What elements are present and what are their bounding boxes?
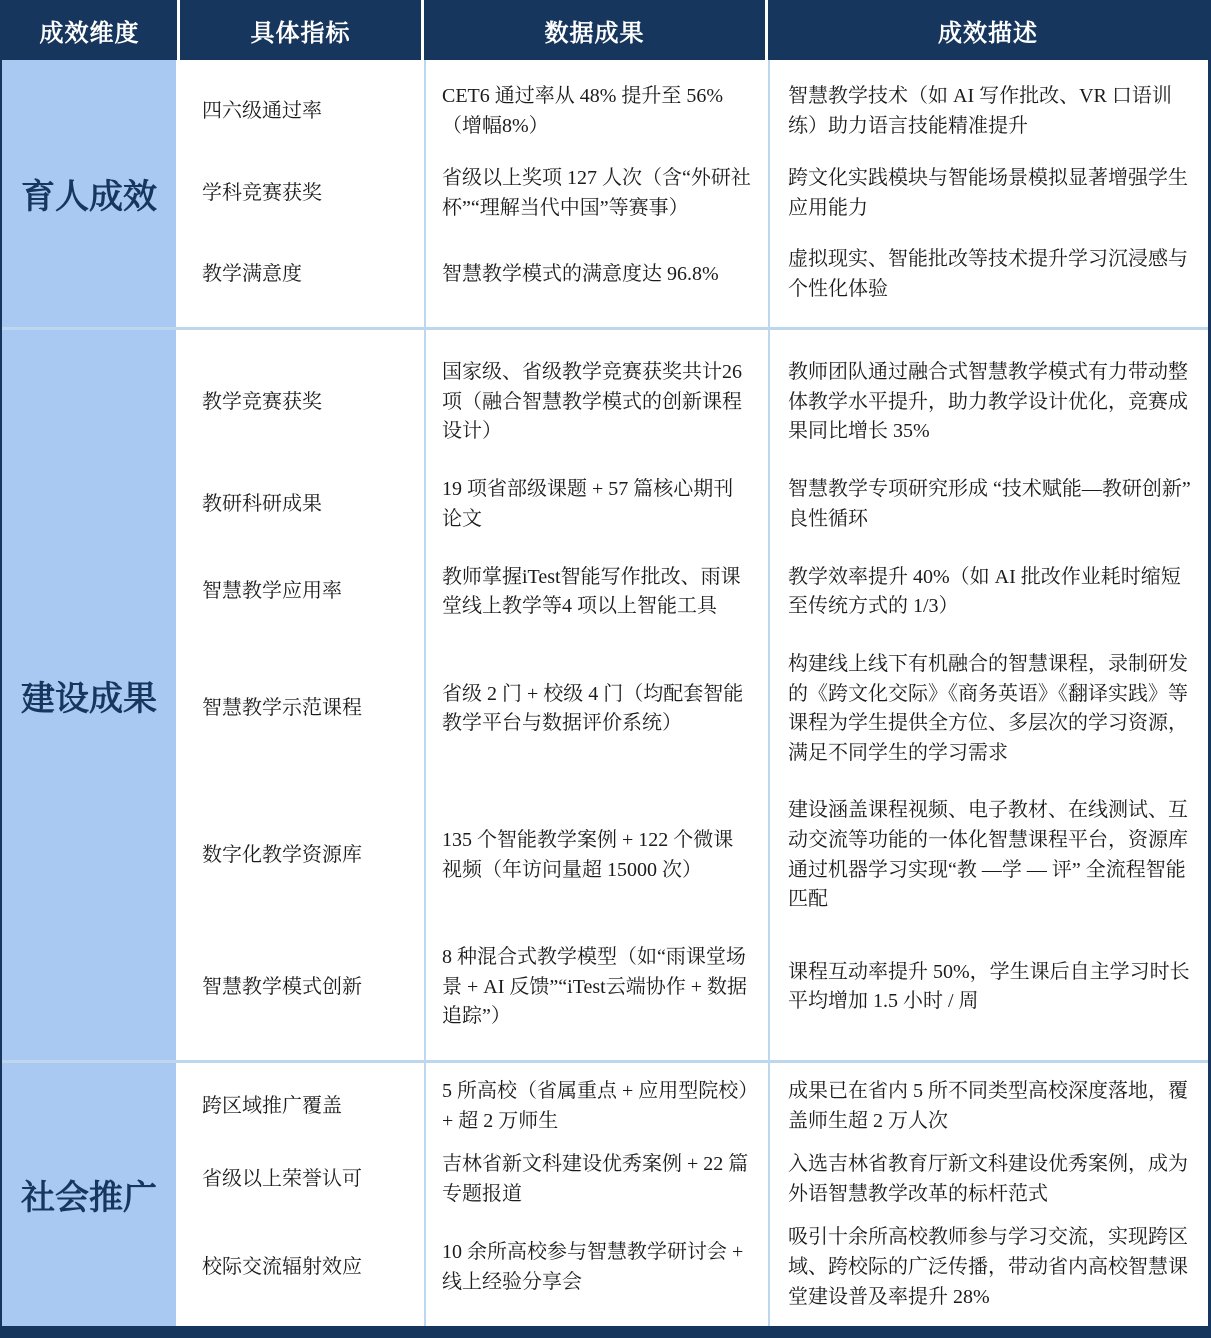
indicator-cell: 智慧教学应用率 [180, 577, 424, 607]
section-construction-results: 建设成果 教学竞赛获奖 国家级、省级教学竞赛获奖共计26 项（融合智慧教学模式的… [2, 327, 1208, 1060]
column-divider [768, 330, 770, 1060]
header-cell-indicator: 具体指标 [180, 0, 424, 60]
indicator-cell: 省级以上荣誉认可 [180, 1165, 424, 1195]
data-cell: 135 个智能教学案例 + 122 个微课视频（年访问量超 15000 次） [424, 826, 768, 885]
section-talent-cultivation: 育人成效 四六级通过率 CET6 通过率从 48% 提升至 56%（增幅8%） … [2, 60, 1208, 327]
section-social-promotion: 社会推广 跨区域推广覆盖 5 所高校（省属重点 + 应用型院校）+ 超 2 万师… [2, 1060, 1208, 1326]
data-cell: 省级 2 门 + 校级 4 门（均配套智能教学平台与数据评价系统） [424, 680, 768, 739]
header-cell-description: 成效描述 [768, 0, 1208, 60]
indicator-cell: 数字化教学资源库 [180, 841, 424, 871]
data-cell: 省级以上奖项 127 人次（含“外研社杯”“理解当代中国”等赛事） [424, 164, 768, 223]
data-cell: 8 种混合式教学模型（如“雨课堂场景 + AI 反馈”“iTest云端协作 + … [424, 943, 768, 1032]
data-cell: 5 所高校（省属重点 + 应用型院校）+ 超 2 万师生 [424, 1077, 768, 1136]
header-cell-dimension: 成效维度 [2, 0, 180, 60]
dimension-cell: 建设成果 [2, 330, 180, 1060]
dimension-label: 建设成果 [21, 671, 157, 720]
dimension-cell: 育人成效 [2, 60, 180, 327]
table-bottom-border [2, 1326, 1208, 1338]
table-header: 成效维度 具体指标 数据成果 成效描述 [2, 0, 1208, 60]
description-cell: 虚拟现实、智能批改等技术提升学习沉浸感与个性化体验 [768, 245, 1208, 304]
indicator-cell: 校际交流辐射效应 [180, 1253, 424, 1283]
data-cell: 10 余所高校参与智慧教学研讨会 + 线上经验分享会 [424, 1238, 768, 1297]
description-cell: 课程互动率提升 50%，学生课后自主学习时长平均增加 1.5 小时 / 周 [768, 958, 1208, 1017]
data-cell: 吉林省新文科建设优秀案例 + 22 篇专题报道 [424, 1150, 768, 1209]
column-divider [424, 60, 426, 327]
column-divider [424, 330, 426, 1060]
data-cell: 国家级、省级教学竞赛获奖共计26 项（融合智慧教学模式的创新课程设计） [424, 358, 768, 447]
indicator-cell: 教研科研成果 [180, 490, 424, 520]
indicator-cell: 教学满意度 [180, 260, 424, 290]
data-cell: 19 项省部级课题 + 57 篇核心期刊论文 [424, 475, 768, 534]
column-divider [768, 1063, 770, 1326]
dimension-label: 社会推广 [21, 1170, 157, 1219]
indicator-cell: 智慧教学模式创新 [180, 973, 424, 1003]
indicator-cell: 跨区域推广覆盖 [180, 1092, 424, 1122]
description-cell: 构建线上线下有机融合的智慧课程，录制研发的《跨文化交际》《商务英语》《翻译实践》… [768, 650, 1208, 768]
indicator-cell: 教学竞赛获奖 [180, 388, 424, 418]
dimension-label: 育人成效 [21, 169, 157, 218]
data-cell: 智慧教学模式的满意度达 96.8% [424, 260, 768, 290]
effectiveness-table: 成效维度 具体指标 数据成果 成效描述 育人成效 四六级通过率 CET6 通过率… [0, 0, 1211, 1338]
description-cell: 成果已在省内 5 所不同类型高校深度落地，覆盖师生超 2 万人次 [768, 1077, 1208, 1136]
description-cell: 智慧教学技术（如 AI 写作批改、VR 口语训练）助力语言技能精准提升 [768, 82, 1208, 141]
indicator-cell: 四六级通过率 [180, 97, 424, 127]
section-rows: 跨区域推广覆盖 5 所高校（省属重点 + 应用型院校）+ 超 2 万师生 成果已… [180, 1063, 1208, 1326]
description-cell: 吸引十余所高校教师参与学习交流，实现跨区域、跨校际的广泛传播，带动省内高校智慧课… [768, 1223, 1208, 1312]
header-cell-data: 数据成果 [424, 0, 768, 60]
description-cell: 教师团队通过融合式智慧教学模式有力带动整体教学水平提升，助力教学设计优化，竞赛成… [768, 358, 1208, 447]
data-cell: 教师掌握iTest智能写作批改、雨课堂线上教学等4 项以上智能工具 [424, 563, 768, 622]
description-cell: 智慧教学专项研究形成 “技术赋能—教研创新” 良性循环 [768, 475, 1208, 534]
indicator-cell: 学科竞赛获奖 [180, 179, 424, 209]
description-cell: 建设涵盖课程视频、电子教材、在线测试、互动交流等功能的一体化智慧课程平台，资源库… [768, 796, 1208, 914]
section-rows: 四六级通过率 CET6 通过率从 48% 提升至 56%（增幅8%） 智慧教学技… [180, 60, 1208, 327]
description-cell: 跨文化实践模块与智能场景模拟显著增强学生应用能力 [768, 164, 1208, 223]
column-divider [768, 60, 770, 327]
description-cell: 教学效率提升 40%（如 AI 批改作业耗时缩短至传统方式的 1/3） [768, 563, 1208, 622]
data-cell: CET6 通过率从 48% 提升至 56%（增幅8%） [424, 82, 768, 141]
indicator-cell: 智慧教学示范课程 [180, 694, 424, 724]
dimension-cell: 社会推广 [2, 1063, 180, 1326]
section-rows: 教学竞赛获奖 国家级、省级教学竞赛获奖共计26 项（融合智慧教学模式的创新课程设… [180, 330, 1208, 1060]
column-divider [424, 1063, 426, 1326]
description-cell: 入选吉林省教育厅新文科建设优秀案例，成为外语智慧教学改革的标杆范式 [768, 1150, 1208, 1209]
